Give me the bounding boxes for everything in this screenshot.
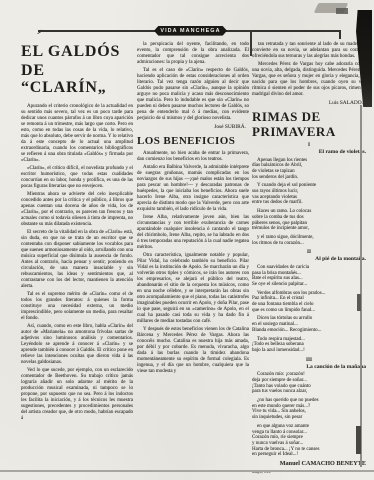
masthead-title: VIDA MANCHEGA	[160, 28, 220, 34]
scan-rule-stub	[250, 31, 252, 56]
newspaper-page: VIDA MANCHEGA EL GALDÓS DE “CLARÍN„ Apur…	[0, 0, 374, 480]
column-left: EL GALDÓS DE “CLARÍN„ Apurando el criter…	[21, 42, 133, 424]
paragraph: Antaño era Balbina Valverde, la admirabl…	[137, 165, 249, 213]
poem-stanza: y el ramo sigue, dócilmente, los ritmos …	[252, 235, 366, 246]
poem-stanza: Apenas llegan los rientes días balsámico…	[252, 158, 366, 181]
rimas-title-line2: PRIMAVERA	[252, 125, 366, 140]
poem-subtitle: El ramo de violetas.	[252, 149, 366, 155]
rimas-title-line1: RIMAS DE	[252, 110, 366, 125]
poem-stanza: Corazón mío: ¡corazón! deja por siempre …	[252, 372, 366, 395]
paragraph: la perspicacia del oyente, facilitando, …	[137, 42, 249, 66]
masthead-badge: VIDA MANCHEGA	[154, 26, 227, 37]
masthead-rule-right-tick	[339, 30, 341, 39]
poem-section-numeral: I	[252, 142, 366, 148]
poem-stanza: Y cuando deja el sol poniente sus rayos …	[252, 183, 366, 206]
beneficios-signature: Luis SALADO.	[252, 100, 363, 106]
rimas-signature: Manuel CAMACHO BENEYTE	[252, 461, 366, 467]
poem-subtitle: La canción de la mañana	[252, 364, 366, 370]
paragraph: tan retratada y tan sonriente al lado de…	[252, 42, 366, 60]
paragraph: Tal es el supremo mérito de «Clarín» com…	[21, 292, 133, 322]
paragraph: Otra característica, igualmente notable …	[137, 253, 249, 325]
column-center: la perspicacia del oyente, facilitando, …	[137, 42, 249, 377]
paragraph: Irene Alba, relativamente joven aún, bie…	[137, 215, 249, 251]
paragraph: Tal es el caso de «Clarín» respecto de G…	[137, 68, 249, 122]
paragraph: Mientras ahora se advierte del celo inex…	[21, 192, 133, 228]
paragraph: Anualmente, no bien acaba de entrar la p…	[137, 151, 249, 163]
paragraph: Mercedes Pérez de Vargas hoy cabe adorar…	[252, 62, 366, 98]
galdos-signature: José SUBIRÁ.	[137, 124, 246, 130]
poem-stanza: ¿no has querido que no puedes en este mu…	[252, 398, 366, 421]
paragraph: Y después de estos beneficios vienen los…	[137, 327, 249, 375]
scan-edge-smudge-bottom	[356, 426, 361, 454]
scan-smudge-top-right-dark	[336, 8, 348, 14]
paragraph: «Clarín», el crítico difícil, el novelis…	[21, 166, 133, 190]
poem-stanza: Todo respira majestad... ¡Todo es bellez…	[252, 337, 366, 354]
poem-stanza: Haces un ramo. Lo colocas sobre la comba…	[252, 209, 366, 232]
scan-bottom-edge-line	[0, 470, 374, 472]
paragraph: El secreto de la vitalidad en la obra de…	[21, 230, 133, 290]
beneficios-title: LOS BENEFICIOS	[137, 135, 249, 147]
column-right: tan retratada y tan sonriente al lado de…	[252, 42, 366, 475]
poem-stanza: en que alguna voz amante venga tu llanto…	[252, 424, 366, 458]
paragraph: Apurando el criterio cronológico de la a…	[21, 104, 133, 164]
paragraph: Así, cuando, como en este libro, habla «…	[21, 324, 133, 366]
galdos-title-line1: EL GALDÓS	[21, 43, 133, 61]
scan-edge-vertical-line	[360, 105, 362, 467]
paragraph: Ved lo que sucede, por ejemplo, con un e…	[21, 368, 133, 422]
poem-stanza: Verdes alfombras son los prados... Paz i…	[252, 291, 366, 314]
galdos-title-line2: DE “CLARÍN„	[21, 62, 133, 97]
poem-stanza: Con suavidades de caricia pasa la brisa …	[252, 265, 366, 288]
scan-edge-smudge-mid	[357, 294, 361, 311]
poem-section-numeral: II	[252, 249, 366, 255]
poem-stanza: Dicen las tórtolas su arrullo en el sosi…	[252, 316, 366, 333]
poem-subtitle: Al pié de la montaña.	[252, 256, 366, 262]
poem-section-numeral: III	[252, 357, 366, 363]
